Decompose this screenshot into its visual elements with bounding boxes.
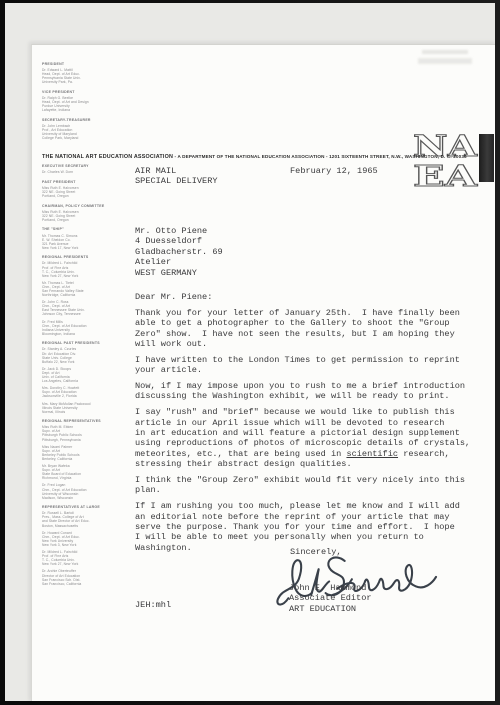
- officer-entry: Dr. Jack D. Stoops Dept. of Art Univ. of…: [42, 367, 138, 383]
- officer-section: THE "SHIP"Mr. Thomas C. Simons E. W. She…: [42, 227, 138, 249]
- letter-page: PRESIDENTDr. Edward L. Mattil Head, Dept…: [31, 44, 495, 701]
- officer-section: REPRESENTATIVES AT LARGEDr. Russell L. B…: [42, 505, 138, 586]
- officer-section: EXECUTIVE SECRETARYDr. Charles W. Dorn: [42, 164, 138, 174]
- underlined-word: scientific: [346, 449, 398, 459]
- officer-roster-top: PRESIDENTDr. Edward L. Mattil Head, Dept…: [42, 62, 138, 143]
- officer-section: VICE PRESIDENTDr. Ralph G. Beelke Head, …: [42, 90, 138, 112]
- recipient-address: Mr. Otto Piene 4 Duesseldorf Gladbachers…: [135, 226, 223, 278]
- officer-entry: Mr. Thomas L. Tietel Chm., Dept. of Art …: [42, 281, 138, 297]
- officer-entry: Miss Ruth M. Ebken Supv. of Art Pittsbur…: [42, 425, 138, 441]
- naea-logo: NA EA: [410, 130, 480, 190]
- organization-name: THE NATIONAL ART EDUCATION ASSOCIATION: [42, 154, 173, 160]
- officer-entry: Mrs. Dorothy C. Howlett Supv. of Art Edu…: [42, 386, 138, 398]
- paragraph-1: Thank you for your letter of January 25t…: [135, 308, 480, 350]
- organization-address: - A DEPARTMENT OF THE NATIONAL EDUCATION…: [173, 154, 467, 159]
- officer-entry: Dr. Mildred L. Fairchild Prof. of Fine A…: [42, 261, 138, 277]
- officer-section: SECRETARY-TREASURERDr. John Lembach Prof…: [42, 118, 138, 140]
- paragraph-5: I think the "Group Zero" exhibit would f…: [135, 475, 480, 496]
- faint-stamp-line: [422, 50, 468, 54]
- officer-entry: Mr. Bryan Wafeka Supv. of Art State Boar…: [42, 464, 138, 480]
- signature-block: John E. Hammond Associate Editor ART EDU…: [289, 583, 372, 614]
- paragraph-4: I say "rush" and "brief" because we woul…: [135, 407, 480, 469]
- officer-entry: Dr. Mildred L. Fairchild Prof. of Fine A…: [42, 550, 138, 566]
- officer-entry: Dr. Fred Logan Chm., Dept. of Art Educat…: [42, 483, 138, 499]
- scan-frame: PRESIDENTDr. Edward L. Mattil Head, Dept…: [0, 0, 500, 705]
- officer-role-heading: REPRESENTATIVES AT LARGE: [42, 505, 138, 509]
- officer-section: CHAIRMAN, POLICY COMMITTEEMiss Ruth E. H…: [42, 204, 138, 222]
- officer-entry: Dr. Edward L. Mattil Head, Dept. of Art …: [42, 68, 138, 84]
- officer-entry: Dr. Russell L. Bartoli Pres., Mass. Coll…: [42, 511, 138, 527]
- officer-role-heading: REGIONAL PAST PRESIDENTS: [42, 341, 138, 345]
- officer-section: REGIONAL PAST PRESIDENTSDr. Stanley A. C…: [42, 341, 138, 413]
- officer-section: REGIONAL REPRESENTATIVESMiss Ruth M. Ebk…: [42, 419, 138, 500]
- scanner-background: PRESIDENTDr. Edward L. Mattil Head, Dept…: [5, 3, 495, 701]
- officer-role-heading: EXECUTIVE SECRETARY: [42, 164, 138, 168]
- officer-role-heading: CHAIRMAN, POLICY COMMITTEE: [42, 204, 138, 208]
- officer-section: REGIONAL PRESIDENTSDr. Mildred L. Fairch…: [42, 255, 138, 336]
- officer-entry: Dr. Fred Mills Chm., Dept. of Art Educat…: [42, 320, 138, 336]
- officer-entry: Mrs. Mary McMullan Packwood Illinois Sta…: [42, 402, 138, 414]
- paragraph-3: Now, if I may impose upon you to rush to…: [135, 381, 480, 402]
- officer-entry: Mr. Thomas C. Simons E. W. Sheldon Co. 3…: [42, 234, 138, 250]
- typist-reference: JEH:mhl: [135, 600, 171, 610]
- letter-body: Dear Mr. Piene: Thank you for your lette…: [135, 292, 480, 559]
- letter-date: February 12, 1965: [290, 166, 378, 176]
- officer-entry: Dr. Ralph G. Beelke Head, Dept. of Art a…: [42, 96, 138, 112]
- naea-logo-bottom-letters: EA: [413, 159, 478, 190]
- officer-entry: Miss Ruth E. Halvorsen 322 NE. Going Str…: [42, 210, 138, 222]
- officer-entry: Dr. John C. Ross Chm., Dept. of Art East…: [42, 300, 138, 316]
- officer-entry: Miss Ruth E. Halvorsen 322 NE. Going Str…: [42, 186, 138, 198]
- officer-role-heading: REGIONAL REPRESENTATIVES: [42, 419, 138, 423]
- organization-line: THE NATIONAL ART EDUCATION ASSOCIATION -…: [42, 154, 494, 160]
- officer-section: PAST PRESIDENTMiss Ruth E. Halvorsen 322…: [42, 180, 138, 198]
- officer-role-heading: VICE PRESIDENT: [42, 90, 138, 94]
- officer-entry: Dr. Stanley A. Czurles Dir. Art Educatio…: [42, 347, 138, 363]
- officer-entry: Dr. John Lembach Prof., Art Education Un…: [42, 124, 138, 140]
- paragraph-2: I have written to the London Times to ge…: [135, 355, 480, 376]
- officer-role-heading: PRESIDENT: [42, 62, 138, 66]
- officer-role-heading: THE "SHIP": [42, 227, 138, 231]
- officer-role-heading: SECRETARY-TREASURER: [42, 118, 138, 122]
- officer-entry: Dr. Charles W. Dorn: [42, 170, 138, 174]
- officer-entry: Dr. Archie Oberteuffer Director of Art E…: [42, 569, 138, 585]
- officer-entry: Dr. Howard Conant Chm., Dept. of Art Edu…: [42, 531, 138, 547]
- officer-entry: Miss Naomi Palmer Supv. of Art Berkeley …: [42, 445, 138, 461]
- faint-stamp-line: [418, 58, 472, 64]
- officer-roster-lower: EXECUTIVE SECRETARYDr. Charles W. DornPA…: [42, 164, 138, 589]
- mail-mode-label: AIR MAIL SPECIAL DELIVERY: [135, 166, 218, 187]
- faint-stamp: [418, 47, 474, 71]
- paragraph-6: If I am rushing you too much, please let…: [135, 501, 480, 553]
- officer-section: PRESIDENTDr. Edward L. Mattil Head, Dept…: [42, 62, 138, 84]
- officer-role-heading: PAST PRESIDENT: [42, 180, 138, 184]
- officer-role-heading: REGIONAL PRESIDENTS: [42, 255, 138, 259]
- salutation: Dear Mr. Piene:: [135, 292, 480, 302]
